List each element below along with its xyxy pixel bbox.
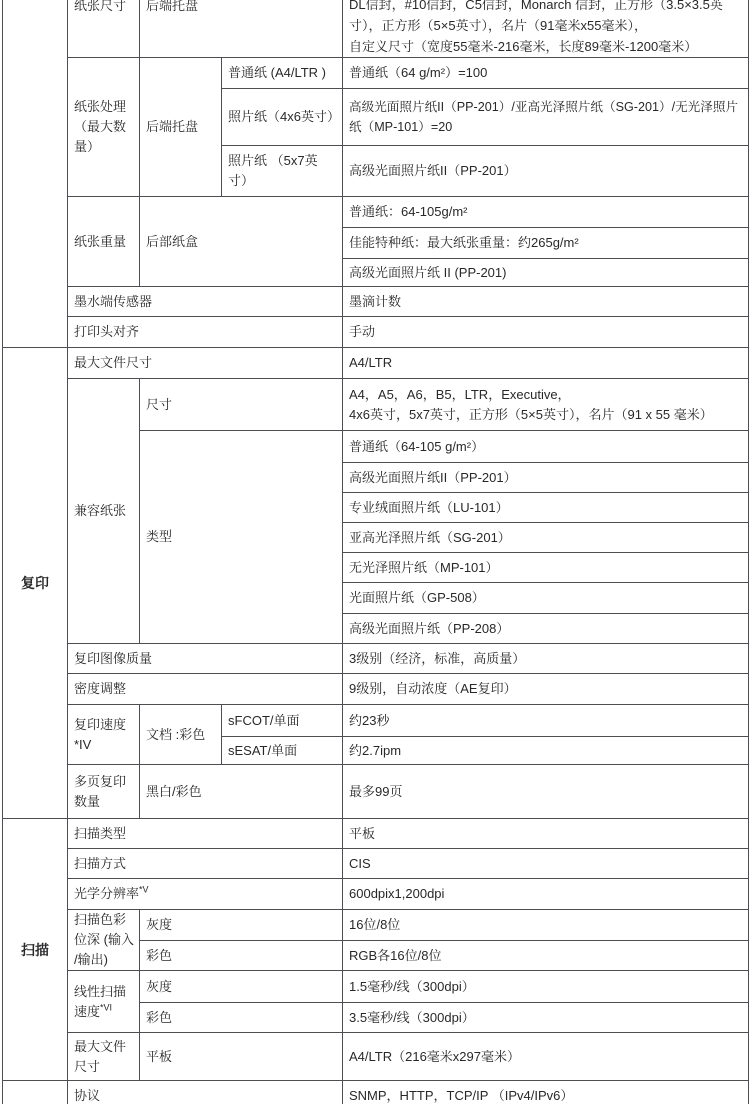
paper-type-value-cell: 专业绒面照片纸（LU-101） bbox=[342, 492, 749, 523]
paper-handling-tray-cell: 后端托盘 bbox=[139, 57, 222, 197]
scan-type-label-cell: 扫描类型 bbox=[67, 818, 343, 849]
multi-copy-value-cell: 最多99页 bbox=[342, 764, 749, 819]
section-scan-label: 扫描 bbox=[21, 940, 49, 960]
scan-max-doc-mode-cell: 平板 bbox=[139, 1032, 343, 1081]
copy-max-doc-label-cell: 最大文件尺寸 bbox=[67, 347, 343, 379]
paper-size-label-cell: 纸张尺寸 bbox=[67, 0, 140, 58]
compatible-paper-type-label-cell: 类型 bbox=[139, 430, 343, 644]
paper-handling-media-4x6-cell: 照片纸（4x6英寸） bbox=[221, 88, 343, 146]
color-depth-mode-cell: 彩色 bbox=[139, 940, 343, 971]
paper-handling-media-plain-cell: 普通纸 (A4/LTR ) bbox=[221, 57, 343, 89]
scan-max-doc-label-cell: 最大文件 尺寸 bbox=[67, 1032, 140, 1081]
paper-weight-source-cell: 后部纸盒 bbox=[139, 196, 343, 287]
paper-handling-value-plain-cell: 普通纸（64 g/m²）=100 bbox=[342, 57, 749, 89]
multi-copy-mode-cell: 黑白/彩色 bbox=[139, 764, 343, 819]
paper-weight-label: 纸张重量 bbox=[74, 232, 126, 252]
paper-handling-value-5x7-cell: 高级光面照片纸II（PP-201） bbox=[342, 145, 749, 197]
resolution-footnote-marker: *V bbox=[139, 885, 149, 895]
ink-sensor-label-cell: 墨水端传感器 bbox=[67, 286, 343, 317]
paper-type-value-cell: 亚高光泽照片纸（SG-201） bbox=[342, 522, 749, 553]
protocol-label-cell: 协议 bbox=[67, 1080, 343, 1104]
line-speed-mode-cell: 彩色 bbox=[139, 1002, 343, 1033]
color-depth-mode-cell: 灰度 bbox=[139, 909, 343, 941]
paper-size-value-cell: DL信封，#10信封，C5信封，Monarch 信封，正方形（3.5×3.5英 … bbox=[342, 0, 749, 58]
printer-spec-table: 复印 扫描 纸张尺寸 后端托盘 DL信封，#10信封，C5信封，Monarch … bbox=[0, 0, 750, 1104]
section-cell-copy: 复印 bbox=[2, 347, 68, 819]
color-depth-label-cell: 扫描色彩 位深 (输入 /输出) bbox=[67, 909, 140, 971]
multi-copy-label-cell: 多页复印数量 bbox=[67, 764, 140, 819]
paper-size-label: 纸张尺寸 bbox=[74, 0, 126, 16]
scan-resolution-value-cell: 600dpix1,200dpi bbox=[342, 878, 749, 910]
paper-type-value-cell: 高级光面照片纸II（PP-201） bbox=[342, 462, 749, 493]
printhead-alignment-label-cell: 打印头对齐 bbox=[67, 316, 343, 348]
section-cell-network-partial bbox=[2, 1080, 68, 1104]
paper-weight-value-cell: 佳能特种纸：最大纸张重量：约265g/m² bbox=[342, 227, 749, 259]
paper-type-value-cell: 普通纸（64-105 g/m²） bbox=[342, 430, 749, 463]
compatible-paper-size-label-cell: 尺寸 bbox=[139, 378, 343, 431]
line-speed-value-cell: 1.5毫秒/线（300dpi） bbox=[342, 970, 749, 1003]
copy-speed-doc-mode-cell: 文档 :彩色 bbox=[139, 704, 222, 765]
scan-method-value-cell: CIS bbox=[342, 848, 749, 879]
copy-speed-metric-cell: sFCOT/单面 bbox=[221, 704, 343, 737]
paper-handling-media-5x7-cell: 照片纸 （5x7英 寸） bbox=[221, 145, 343, 197]
paper-type-value-cell: 无光泽照片纸（MP-101） bbox=[342, 552, 749, 583]
copy-quality-value-cell: 3级别（经济，标准，高质量） bbox=[342, 643, 749, 674]
copy-quality-label-cell: 复印图像质量 bbox=[67, 643, 343, 674]
copy-speed-metric-cell: sESAT/单面 bbox=[221, 736, 343, 765]
compatible-paper-size-value-cell: A4，A5，A6，B5，LTR，Executive， 4x6英寸，5x7英寸，正… bbox=[342, 378, 749, 431]
section-copy-label: 复印 bbox=[21, 573, 49, 593]
paper-handling-label-cell: 纸张处理 （最大数 量） bbox=[67, 57, 140, 197]
copy-max-doc-value-cell: A4/LTR bbox=[342, 347, 749, 379]
copy-speed-value-cell: 约23秒 bbox=[342, 704, 749, 737]
paper-weight-value-cell: 高级光面照片纸 II (PP-201) bbox=[342, 258, 749, 287]
line-speed-footnote-marker: *VI bbox=[100, 1002, 112, 1012]
protocol-value-cell: SNMP，HTTP，TCP/IP （IPv4/IPv6） bbox=[342, 1080, 749, 1104]
paper-weight-source: 后部纸盒 bbox=[146, 232, 198, 252]
paper-weight-value-cell: 普通纸：64-105g/m² bbox=[342, 196, 749, 228]
paper-size-value: DL信封，#10信封，C5信封，Monarch 信封，正方形（3.5×3.5英 … bbox=[349, 0, 723, 57]
section-cell-print-partial bbox=[2, 0, 68, 348]
scan-max-doc-value-cell: A4/LTR（216毫米x297毫米） bbox=[342, 1032, 749, 1081]
paper-type-value-cell: 高级光面照片纸（PP-208） bbox=[342, 613, 749, 644]
paper-handling-tray: 后端托盘 bbox=[146, 117, 198, 137]
density-value-cell: 9级别，自动浓度（AE复印） bbox=[342, 673, 749, 705]
ink-sensor-value-cell: 墨滴计数 bbox=[342, 286, 749, 317]
copy-speed-value-cell: 约2.7ipm bbox=[342, 736, 749, 765]
scan-method-label-cell: 扫描方式 bbox=[67, 848, 343, 879]
line-speed-value-cell: 3.5毫秒/线（300dpi） bbox=[342, 1002, 749, 1033]
printhead-alignment-value-cell: 手动 bbox=[342, 316, 749, 348]
density-label-cell: 密度调整 bbox=[67, 673, 343, 705]
scan-resolution-label: 光学分辨率*V bbox=[74, 884, 149, 904]
paper-handling-label: 纸张处理 （最大数 量） bbox=[74, 97, 126, 157]
paper-weight-label-cell: 纸张重量 bbox=[67, 196, 140, 287]
paper-handling-value-4x6-cell: 高级光面照片纸II（PP-201）/亚高光泽照片纸（SG-201）/无光泽照片纸… bbox=[342, 88, 749, 146]
section-cell-scan: 扫描 bbox=[2, 818, 68, 1081]
paper-size-tray-cell: 后端托盘 bbox=[139, 0, 343, 58]
line-speed-mode-cell: 灰度 bbox=[139, 970, 343, 1003]
paper-type-value-cell: 光面照片纸（GP-508） bbox=[342, 582, 749, 614]
line-speed-label: 线性扫描 速度*VI bbox=[74, 982, 126, 1022]
paper-size-tray: 后端托盘 bbox=[146, 0, 198, 16]
color-depth-value-cell: RGB各16位/8位 bbox=[342, 940, 749, 971]
color-depth-value-cell: 16位/8位 bbox=[342, 909, 749, 941]
copy-speed-label-cell: 复印速度 *IV bbox=[67, 704, 140, 765]
scan-resolution-label-cell: 光学分辨率*V bbox=[67, 878, 343, 910]
compatible-paper-label-cell: 兼容纸张 bbox=[67, 378, 140, 644]
line-speed-label-cell: 线性扫描 速度*VI bbox=[67, 970, 140, 1033]
scan-type-value-cell: 平板 bbox=[342, 818, 749, 849]
